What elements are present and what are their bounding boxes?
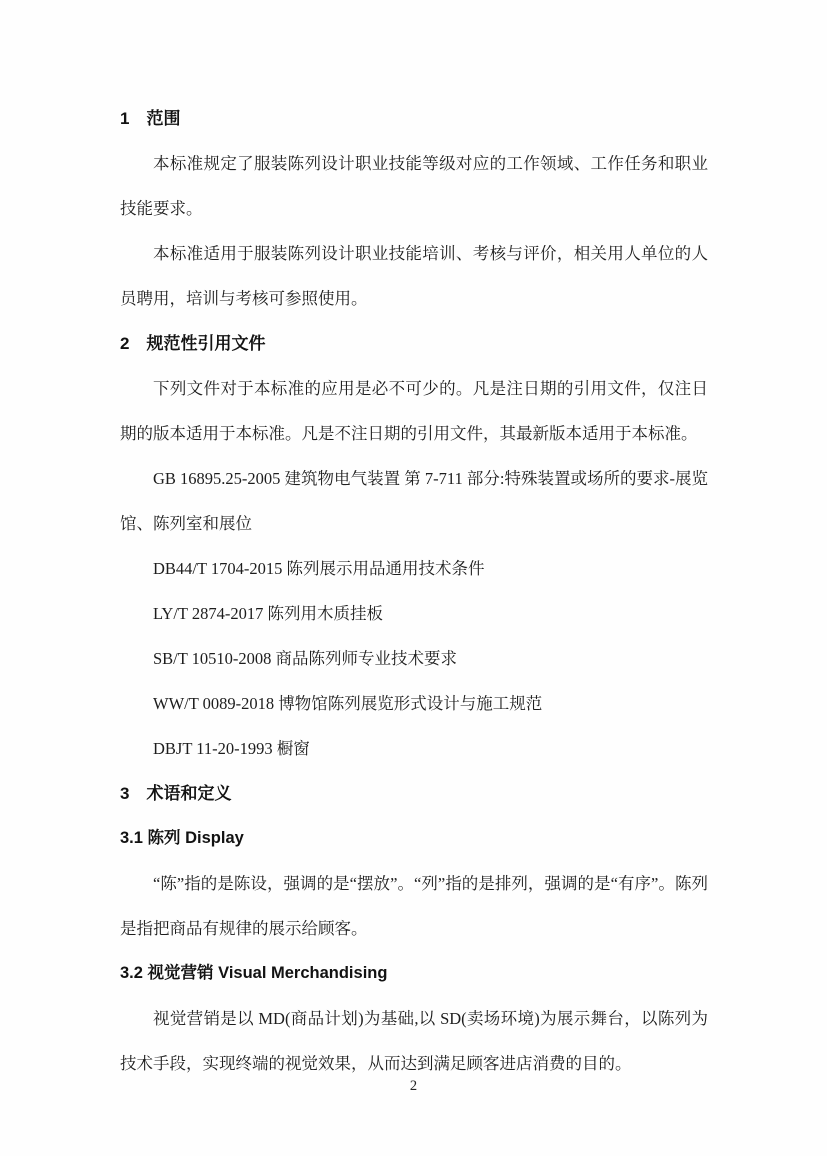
heading-terms-definitions-number: 3 bbox=[120, 771, 129, 816]
para-references-intro: 下列文件对于本标准的应用是必不可少的。凡是注日期的引用文件，仅注日期的版本适用于… bbox=[120, 366, 708, 456]
heading-normative-references: 2规范性引用文件 bbox=[120, 321, 708, 366]
para-term-display: “陈”指的是陈设，强调的是“摆放”。“列”指的是排列，强调的是“有序”。陈列是指… bbox=[120, 861, 708, 951]
reference-gb-16895: GB 16895.25-2005 建筑物电气装置 第 7-711 部分:特殊装置… bbox=[120, 456, 708, 546]
reference-sbt-10510: SB/T 10510-2008 商品陈列师专业技术要求 bbox=[120, 636, 708, 681]
heading-terms-definitions-title: 术语和定义 bbox=[146, 784, 231, 803]
heading-scope: 1范围 bbox=[120, 96, 708, 141]
reference-dbjt-11-20: DBJT 11-20-1993 橱窗 bbox=[120, 726, 708, 771]
heading-scope-title: 范围 bbox=[146, 109, 180, 128]
para-scope-1: 本标准规定了服装陈列设计职业技能等级对应的工作领域、工作任务和职业技能要求。 bbox=[120, 141, 708, 231]
page-number: 2 bbox=[0, 1078, 827, 1095]
reference-db44t-1704: DB44/T 1704-2015 陈列展示用品通用技术条件 bbox=[120, 546, 708, 591]
heading-term-visual-merchandising: 3.2 视觉营销 Visual Merchandising bbox=[120, 951, 708, 996]
para-term-visual-merchandising: 视觉营销是以 MD(商品计划)为基础,以 SD(卖场环境)为展示舞台，以陈列为技… bbox=[120, 996, 708, 1086]
heading-normative-references-title: 规范性引用文件 bbox=[146, 334, 265, 353]
document-page: 1范围 本标准规定了服装陈列设计职业技能等级对应的工作领域、工作任务和职业技能要… bbox=[0, 0, 827, 1156]
document-content: 1范围 本标准规定了服装陈列设计职业技能等级对应的工作领域、工作任务和职业技能要… bbox=[120, 96, 708, 1086]
heading-term-display: 3.1 陈列 Display bbox=[120, 816, 708, 861]
heading-terms-definitions: 3术语和定义 bbox=[120, 771, 708, 816]
heading-scope-number: 1 bbox=[120, 96, 129, 141]
heading-normative-references-number: 2 bbox=[120, 321, 129, 366]
para-scope-2: 本标准适用于服装陈列设计职业技能培训、考核与评价，相关用人单位的人员聘用，培训与… bbox=[120, 231, 708, 321]
reference-wwt-0089: WW/T 0089-2018 博物馆陈列展览形式设计与施工规范 bbox=[120, 681, 708, 726]
reference-lyt-2874: LY/T 2874-2017 陈列用木质挂板 bbox=[120, 591, 708, 636]
